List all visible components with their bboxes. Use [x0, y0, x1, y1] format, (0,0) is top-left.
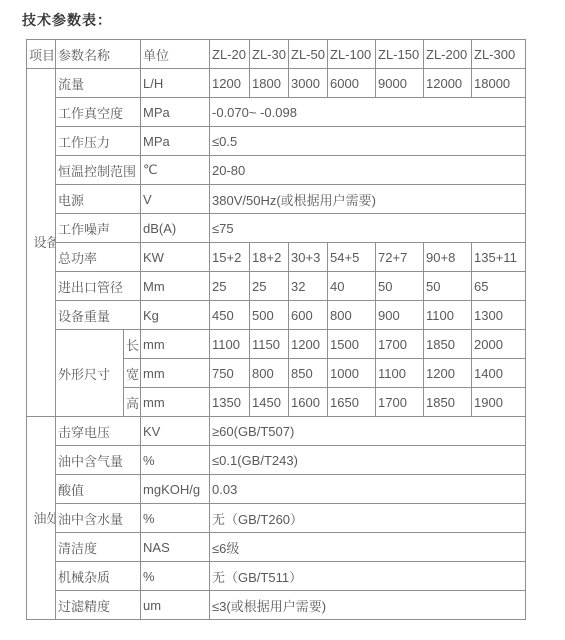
param-value: 0.03 [210, 475, 526, 504]
param-value: ≤0.1(GB/T243) [210, 446, 526, 475]
col-header-zl100: ZL-100 [328, 40, 376, 69]
param-value: 9000 [376, 69, 424, 98]
table-row: 恒温控制范围 ℃ 20-80 [27, 156, 526, 185]
param-value: 1100 [424, 301, 472, 330]
param-value: 1700 [376, 330, 424, 359]
param-value: 50 [424, 272, 472, 301]
param-value: 800 [328, 301, 376, 330]
param-value: 1200 [210, 69, 250, 98]
table-row: 机械杂质 % 无（GB/T511） [27, 562, 526, 591]
param-unit: % [141, 562, 210, 591]
table-row: 酸值 mgKOH/g 0.03 [27, 475, 526, 504]
param-value: 25 [210, 272, 250, 301]
col-header-param-name: 参数名称 [56, 40, 141, 69]
param-value: 25 [250, 272, 289, 301]
param-label: 机械杂质 [56, 562, 141, 591]
param-label: 油中含气量 [56, 446, 141, 475]
table-row: 工作压力 MPa ≤0.5 [27, 127, 526, 156]
param-value: 15+2 [210, 243, 250, 272]
param-unit: ℃ [141, 156, 210, 185]
param-value: 18000 [472, 69, 526, 98]
param-label: 过滤精度 [56, 591, 141, 620]
param-value: 1350 [210, 388, 250, 417]
table-row: 油中含水量 % 无（GB/T260） [27, 504, 526, 533]
param-value: 750 [210, 359, 250, 388]
param-value: 72+7 [376, 243, 424, 272]
param-value: -0.070~ -0.098 [210, 98, 526, 127]
param-unit: KW [141, 243, 210, 272]
table-row: 设备重量 Kg 450 500 600 800 900 1100 1300 [27, 301, 526, 330]
table-row: 清洁度 NAS ≤6级 [27, 533, 526, 562]
col-header-zl200: ZL-200 [424, 40, 472, 69]
param-value: 1700 [376, 388, 424, 417]
param-value: 1650 [328, 388, 376, 417]
param-value: 850 [289, 359, 328, 388]
param-label: 设备重量 [56, 301, 141, 330]
param-value: 1900 [472, 388, 526, 417]
table-row: 总功率 KW 15+2 18+2 30+3 54+5 72+7 90+8 135… [27, 243, 526, 272]
param-value: ≤0.5 [210, 127, 526, 156]
param-label: 流量 [56, 69, 141, 98]
table-row: 油处理指标 击穿电压 KV ≥60(GB/T507) [27, 417, 526, 446]
param-value: 32 [289, 272, 328, 301]
param-value: ≤75 [210, 214, 526, 243]
page-container: 技术参数表： 项目 参数名称 单位 ZL-20 ZL-30 ZL-50 ZL-1… [0, 0, 565, 620]
param-value: 1000 [328, 359, 376, 388]
col-header-project: 项目 [27, 40, 56, 69]
table-row: 进出口管径 Mm 25 25 32 40 50 50 65 [27, 272, 526, 301]
param-value: ≤3(或根据用户需要) [210, 591, 526, 620]
param-unit: MPa [141, 127, 210, 156]
param-unit: Mm [141, 272, 210, 301]
col-header-zl30: ZL-30 [250, 40, 289, 69]
param-value: 800 [250, 359, 289, 388]
param-value: 600 [289, 301, 328, 330]
param-label: 恒温控制范围 [56, 156, 141, 185]
param-unit: V [141, 185, 210, 214]
col-header-zl20: ZL-20 [210, 40, 250, 69]
param-label: 电源 [56, 185, 141, 214]
param-unit: mm [141, 330, 210, 359]
section-label-equipment: 设备技术指标 [27, 69, 56, 417]
param-unit: um [141, 591, 210, 620]
param-label: 酸值 [56, 475, 141, 504]
param-label: 清洁度 [56, 533, 141, 562]
col-header-zl150: ZL-150 [376, 40, 424, 69]
col-header-zl300: ZL-300 [472, 40, 526, 69]
param-value: 1850 [424, 330, 472, 359]
param-value: 1450 [250, 388, 289, 417]
spec-table: 项目 参数名称 单位 ZL-20 ZL-30 ZL-50 ZL-100 ZL-1… [26, 39, 526, 620]
param-label-dimensions: 外形尺寸 [56, 330, 124, 417]
param-value: 65 [472, 272, 526, 301]
param-value: 无（GB/T260） [210, 504, 526, 533]
param-value: 1600 [289, 388, 328, 417]
param-value: 1400 [472, 359, 526, 388]
param-label: 击穿电压 [56, 417, 141, 446]
param-unit: mm [141, 359, 210, 388]
param-label: 油中含水量 [56, 504, 141, 533]
param-value: 20-80 [210, 156, 526, 185]
col-header-zl50: ZL-50 [289, 40, 328, 69]
param-value: ≤6级 [210, 533, 526, 562]
param-value: 6000 [328, 69, 376, 98]
param-label: 进出口管径 [56, 272, 141, 301]
param-label: 工作真空度 [56, 98, 141, 127]
table-row: 外形尺寸 长 mm 1100 1150 1200 1500 1700 1850 … [27, 330, 526, 359]
param-value: 50 [376, 272, 424, 301]
param-value: 450 [210, 301, 250, 330]
dimension-sub-label: 高 [124, 388, 141, 417]
param-label: 工作噪声 [56, 214, 141, 243]
param-unit: Kg [141, 301, 210, 330]
param-value: 1850 [424, 388, 472, 417]
table-row: 设备技术指标 流量 L/H 1200 1800 3000 6000 9000 1… [27, 69, 526, 98]
table-row: 电源 V 380V/50Hz(或根据用户需要) [27, 185, 526, 214]
dimension-sub-label: 长 [124, 330, 141, 359]
param-label: 工作压力 [56, 127, 141, 156]
param-value: 1800 [250, 69, 289, 98]
param-value: 1200 [289, 330, 328, 359]
param-unit: L/H [141, 69, 210, 98]
param-unit: % [141, 504, 210, 533]
section-label-text: 油处理指标 [34, 503, 49, 534]
param-value: 1100 [210, 330, 250, 359]
param-value: 380V/50Hz(或根据用户需要) [210, 185, 526, 214]
param-value: 90+8 [424, 243, 472, 272]
param-value: 18+2 [250, 243, 289, 272]
col-header-unit: 单位 [141, 40, 210, 69]
param-value: 1500 [328, 330, 376, 359]
param-unit: MPa [141, 98, 210, 127]
param-value: 1150 [250, 330, 289, 359]
param-label: 总功率 [56, 243, 141, 272]
param-value: 1100 [376, 359, 424, 388]
param-value: 12000 [424, 69, 472, 98]
table-row: 油中含气量 % ≤0.1(GB/T243) [27, 446, 526, 475]
param-value: 无（GB/T511） [210, 562, 526, 591]
param-value: 3000 [289, 69, 328, 98]
dimension-sub-label: 宽 [124, 359, 141, 388]
param-value: 900 [376, 301, 424, 330]
table-row: 工作真空度 MPa -0.070~ -0.098 [27, 98, 526, 127]
param-unit: dB(A) [141, 214, 210, 243]
param-value: 54+5 [328, 243, 376, 272]
param-unit: NAS [141, 533, 210, 562]
table-row: 过滤精度 um ≤3(或根据用户需要) [27, 591, 526, 620]
param-unit: mgKOH/g [141, 475, 210, 504]
param-value: 2000 [472, 330, 526, 359]
section-label-oil: 油处理指标 [27, 417, 56, 620]
param-value: 1300 [472, 301, 526, 330]
param-value: 500 [250, 301, 289, 330]
table-row: 工作噪声 dB(A) ≤75 [27, 214, 526, 243]
page-title: 技术参数表： [22, 10, 565, 30]
param-value: 135+11 [472, 243, 526, 272]
param-value: ≥60(GB/T507) [210, 417, 526, 446]
param-unit: % [141, 446, 210, 475]
param-unit: mm [141, 388, 210, 417]
header-row: 项目 参数名称 单位 ZL-20 ZL-30 ZL-50 ZL-100 ZL-1… [27, 40, 526, 69]
param-value: 40 [328, 272, 376, 301]
param-value: 1200 [424, 359, 472, 388]
param-value: 30+3 [289, 243, 328, 272]
param-unit: KV [141, 417, 210, 446]
section-label-text: 设备技术指标 [34, 227, 49, 258]
